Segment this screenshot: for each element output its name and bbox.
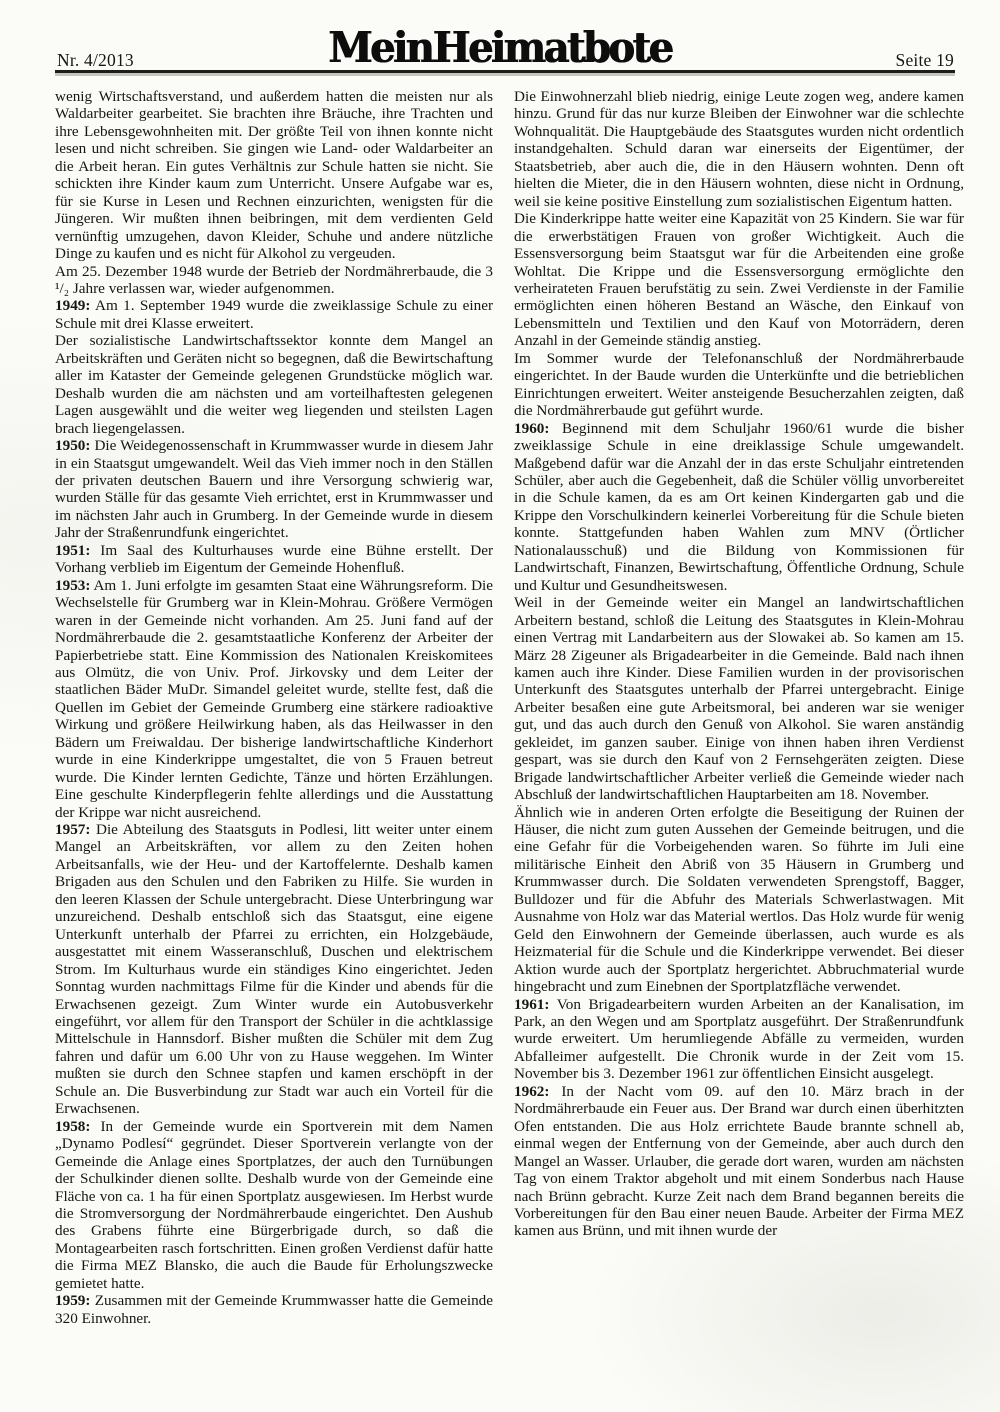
page-number: Seite 19 <box>896 50 954 71</box>
paragraph: Der sozialistische Landwirtschaftssektor… <box>55 332 493 437</box>
paragraph: 1959: Zusammen mit der Gemeinde Krummwas… <box>55 1292 493 1327</box>
paragraph: Die Kinderkrippe hatte weiter eine Kapaz… <box>514 210 964 350</box>
paragraph: wenig Wirtschaftsverstand, und außerdem … <box>55 88 493 263</box>
paragraph-text: Im Saal des Kulturhauses wurde eine Bühn… <box>55 542 493 576</box>
column-left: wenig Wirtschaftsverstand, und außerdem … <box>55 88 493 1327</box>
paragraph-text: wenig Wirtschaftsverstand, und außerdem … <box>55 88 493 262</box>
year-label: 1959: <box>55 1292 90 1309</box>
paragraph: Ähnlich wie in anderen Orten erfolgte di… <box>514 804 964 996</box>
paragraph-text: In der Gemeinde wurde ein Sportverein mi… <box>55 1118 493 1292</box>
paragraph-text: Beginnend mit dem Schuljahr 1960/61 wurd… <box>514 420 964 594</box>
paragraph-text: Am 25. Dezember 1948 wurde der Betrieb d… <box>55 263 493 297</box>
newspaper-page: Nr. 4/2013 Mein Heimatbote Seite 19 weni… <box>0 0 1000 1412</box>
paragraph: Die Einwohnerzahl blieb niedrig, einige … <box>514 88 964 210</box>
paragraph: 1958: In der Gemeinde wurde ein Sportver… <box>55 1118 493 1293</box>
year-label: 1953: <box>55 577 90 594</box>
year-label: 1960: <box>514 420 549 437</box>
paragraph: 1950: Die Weidegenossenschaft in Krummwa… <box>55 437 493 542</box>
paragraph-text: Im Sommer wurde der Telefonanschluß der … <box>514 350 964 419</box>
year-label: 1957: <box>55 821 90 838</box>
paragraph-text: Die Abteilung des Staatsguts in Podlesi,… <box>55 821 493 1117</box>
paragraph: 1949: Am 1. September 1949 wurde die zwe… <box>55 297 493 332</box>
paragraph: Am 25. Dezember 1948 wurde der Betrieb d… <box>55 263 493 298</box>
paragraph: 1951: Im Saal des Kulturhauses wurde ein… <box>55 542 493 577</box>
paragraph-text: Ähnlich wie in anderen Orten erfolgte di… <box>514 804 964 996</box>
paragraph: Im Sommer wurde der Telefonanschluß der … <box>514 350 964 420</box>
paragraph: 1961: Von Brigadearbeitern wurden Arbeit… <box>514 996 964 1083</box>
paragraph-text: Der sozialistische Landwirtschaftssektor… <box>55 332 493 436</box>
paragraph: 1957: Die Abteilung des Staatsguts in Po… <box>55 821 493 1118</box>
paragraph: 1953: Am 1. Juni erfolgte im gesamten St… <box>55 577 493 821</box>
paragraph: Weil in der Gemeinde weiter ein Mangel a… <box>514 594 964 803</box>
paragraph-text: Die Einwohnerzahl blieb niedrig, einige … <box>514 88 964 210</box>
paragraph: 1960: Beginnend mit dem Schuljahr 1960/6… <box>514 420 964 595</box>
year-label: 1950: <box>55 437 90 454</box>
year-label: 1958: <box>55 1118 90 1135</box>
paragraph-text: Die Weidegenossenschaft in Krummwasser w… <box>55 437 493 541</box>
paragraph-text: Von Brigadearbeitern wurden Arbeiten an … <box>514 996 964 1083</box>
masthead: Mein Heimatbote <box>0 23 1000 73</box>
paragraph-text: Am 1. September 1949 wurde die zweiklass… <box>55 297 493 331</box>
header-divider <box>55 70 955 73</box>
paragraph-text: Am 1. Juni erfolgte im gesamten Staat ei… <box>55 577 493 821</box>
paragraph: 1962: In der Nacht vom 09. auf den 10. M… <box>514 1083 964 1240</box>
column-right: Die Einwohnerzahl blieb niedrig, einige … <box>514 88 964 1240</box>
paragraph-text: Weil in der Gemeinde weiter ein Mangel a… <box>514 594 964 803</box>
year-label: 1962: <box>514 1083 549 1100</box>
year-label: 1951: <box>55 542 90 559</box>
year-label: 1961: <box>514 996 549 1013</box>
paragraph-text: Die Kinderkrippe hatte weiter eine Kapaz… <box>514 210 964 349</box>
paragraph-text: In der Nacht vom 09. auf den 10. März br… <box>514 1083 964 1240</box>
year-label: 1949: <box>55 297 90 314</box>
paragraph-text: Zusammen mit der Gemeinde Krummwasser ha… <box>55 1292 493 1326</box>
